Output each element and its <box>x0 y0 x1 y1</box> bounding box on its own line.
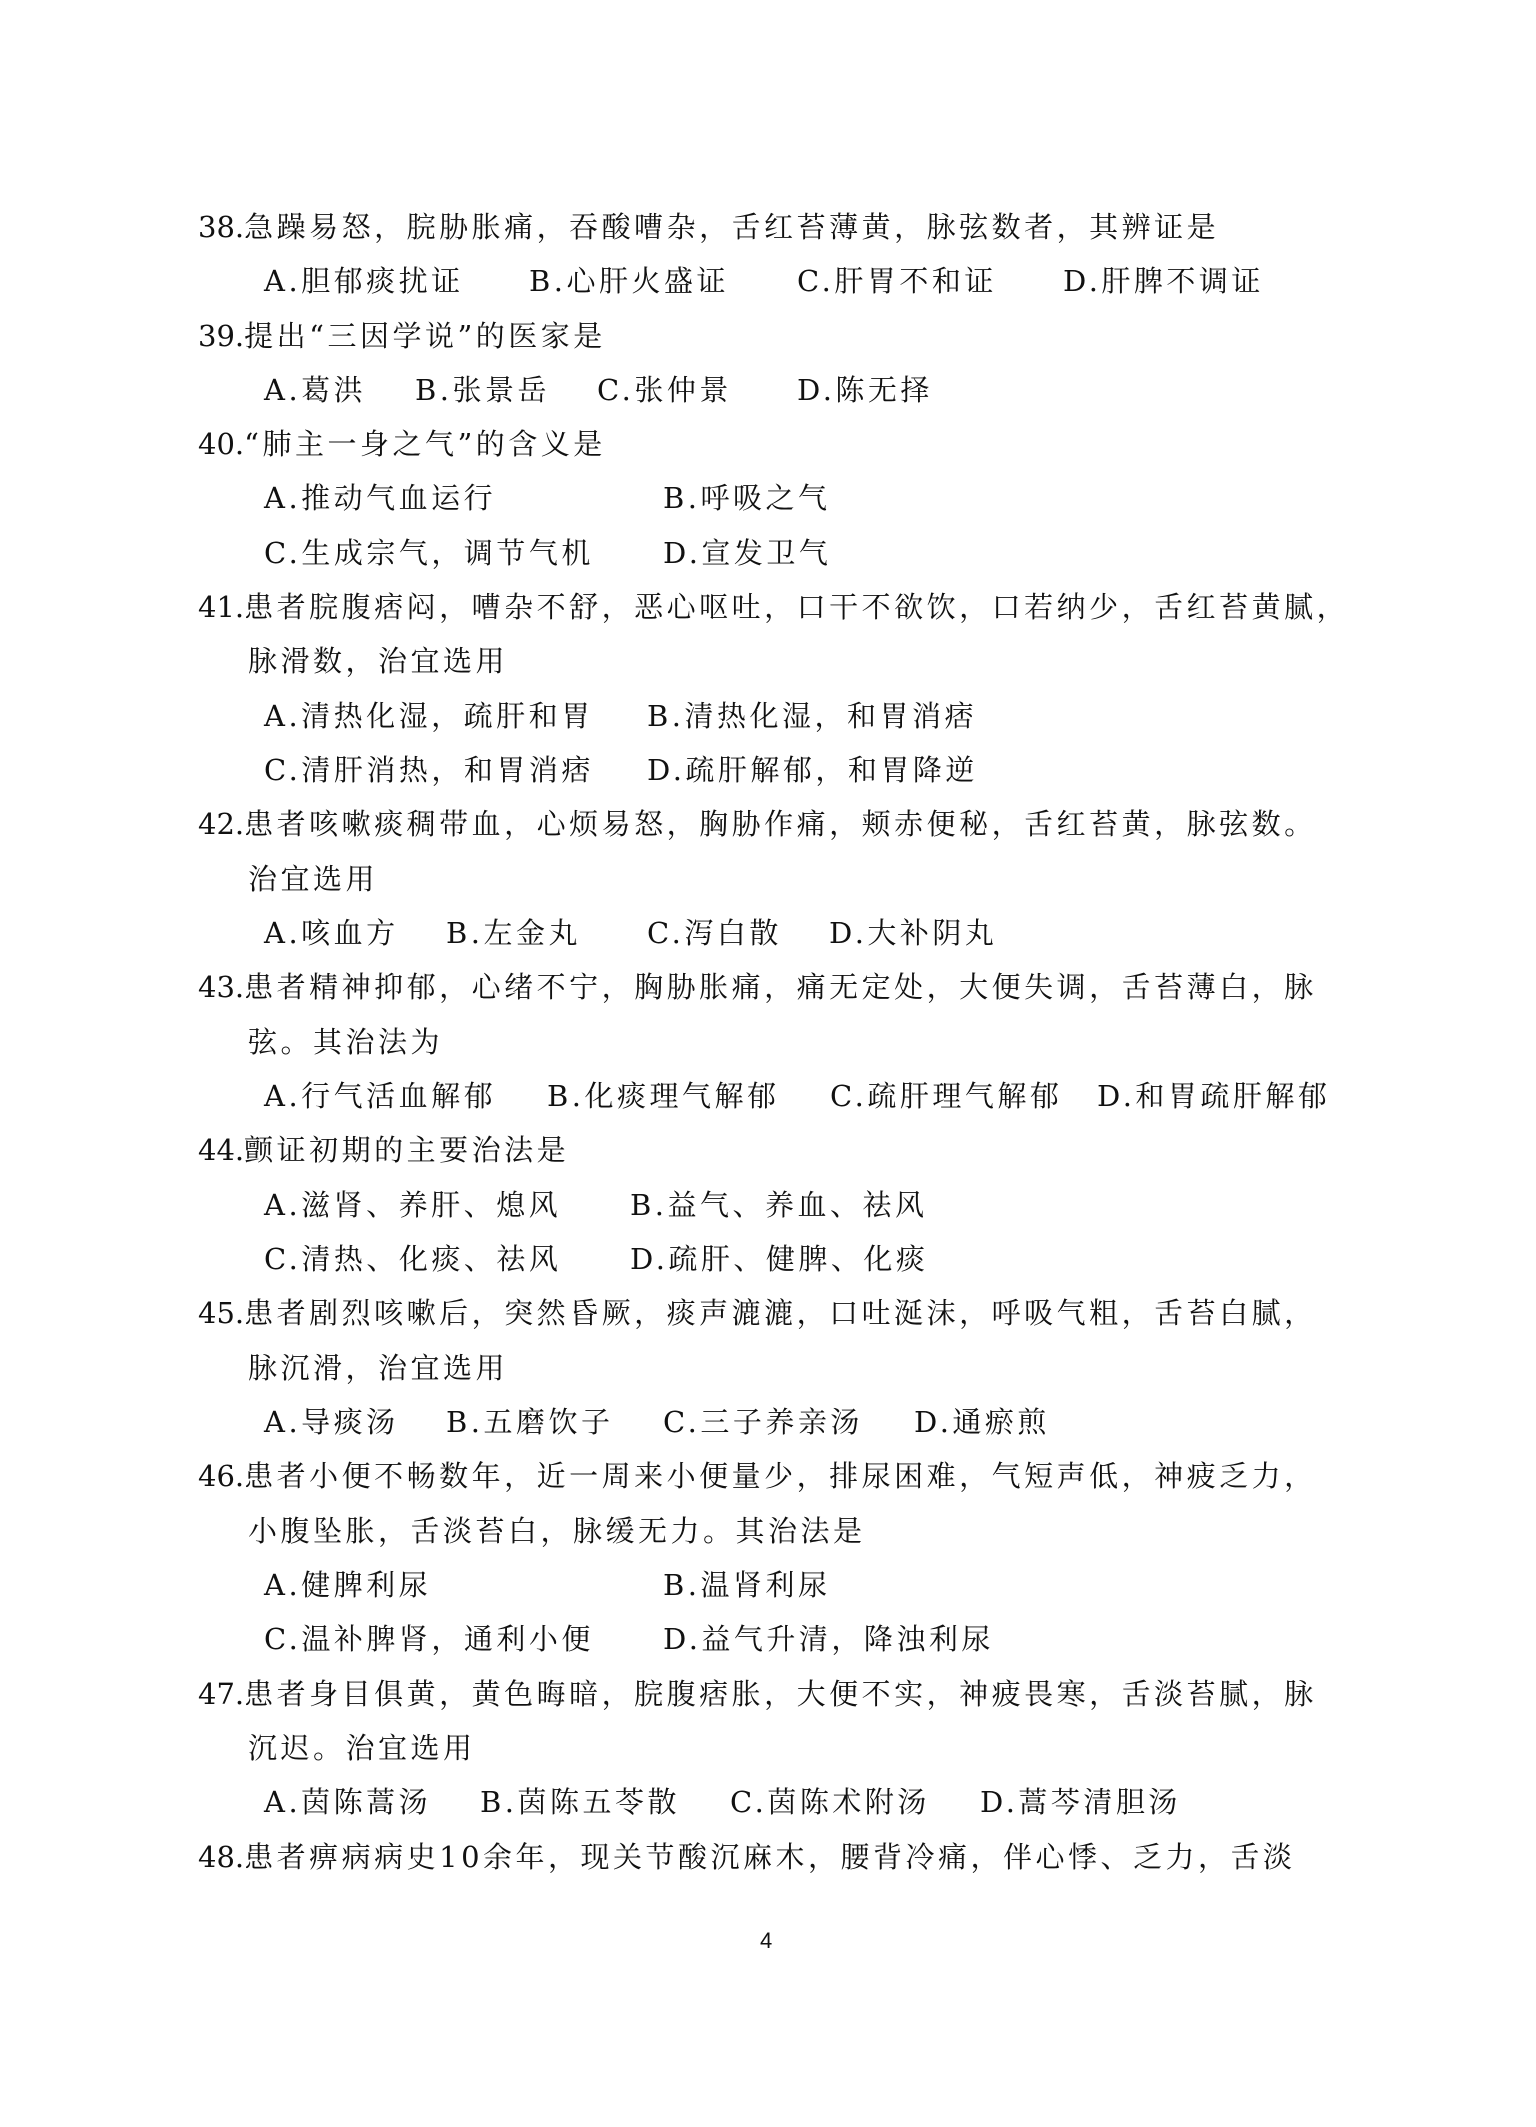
question-number: 38. <box>198 210 244 244</box>
option-b: B.心肝火盛证 <box>529 261 729 301</box>
option-c: C.肝胃不和证 <box>797 261 997 301</box>
question-stem: 提出“三因学说”的医家是 <box>244 319 606 353</box>
question-number: 40. <box>198 427 244 461</box>
question-40: 40.“肺主一身之气”的含义是 <box>198 424 606 464</box>
question-48: 48.患者痹病病史10余年，现关节酸沉麻木，腰背冷痛，伴心悸、乏力，舌淡 <box>198 1837 1296 1877</box>
option-c: C.张仲景 <box>597 370 732 410</box>
option-a: A.清热化湿，疏肝和胃 <box>264 696 594 736</box>
option-c: C.泻白散 <box>647 913 782 953</box>
option-c: C.清热、化痰、祛风 <box>264 1239 561 1279</box>
option-a: A.导痰汤 <box>264 1402 399 1442</box>
option-a: A.咳血方 <box>264 913 399 953</box>
question-stem-continuation: 治宜选用 <box>248 859 378 899</box>
option-c: C.疏肝理气解郁 <box>830 1076 1062 1116</box>
option-c: C.三子养亲汤 <box>663 1402 863 1442</box>
question-stem: 颤证初期的主要治法是 <box>244 1133 569 1167</box>
question-43: 43.患者精神抑郁，心绪不宁，胸胁胀痛，痛无定处，大便失调，舌苔薄白，脉 <box>198 967 1317 1007</box>
question-39: 39.提出“三因学说”的医家是 <box>198 316 606 356</box>
option-a: A.葛洪 <box>264 370 366 410</box>
question-number: 45. <box>198 1296 244 1330</box>
option-d: D.陈无择 <box>797 370 933 410</box>
question-stem: 患者剧烈咳嗽后，突然昏厥，痰声漉漉，口吐涎沫，呼吸气粗，舌苔白腻， <box>244 1296 1317 1330</box>
question-44: 44.颤证初期的主要治法是 <box>198 1130 569 1170</box>
option-b: B.茵陈五苓散 <box>480 1782 680 1822</box>
question-stem: 患者痹病病史10余年，现关节酸沉麻木，腰背冷痛，伴心悸、乏力，舌淡 <box>244 1840 1295 1874</box>
question-stem: 患者精神抑郁，心绪不宁，胸胁胀痛，痛无定处，大便失调，舌苔薄白，脉 <box>244 970 1317 1004</box>
question-stem: 患者脘腹痞闷，嘈杂不舒，恶心呕吐，口干不欲饮，口若纳少，舌红苔黄腻， <box>244 590 1349 624</box>
question-stem: 患者小便不畅数年，近一周来小便量少，排尿困难，气短声低，神疲乏力， <box>244 1459 1317 1493</box>
option-d: D.通瘀煎 <box>914 1402 1050 1442</box>
question-45: 45.患者剧烈咳嗽后，突然昏厥，痰声漉漉，口吐涎沫，呼吸气粗，舌苔白腻， <box>198 1293 1317 1333</box>
option-a: A.健脾利尿 <box>264 1565 431 1605</box>
option-b: B.温肾利尿 <box>663 1565 831 1605</box>
question-stem-continuation: 沉迟。治宜选用 <box>248 1728 476 1768</box>
question-stem-continuation: 脉沉滑，治宜选用 <box>248 1348 508 1388</box>
question-number: 48. <box>198 1840 244 1874</box>
option-a: A.滋肾、养肝、熄风 <box>264 1185 561 1225</box>
option-b: B.化痰理气解郁 <box>547 1076 780 1116</box>
question-number: 44. <box>198 1133 244 1167</box>
question-number: 47. <box>198 1677 244 1711</box>
question-number: 39. <box>198 319 244 353</box>
exam-page: 38.急躁易怒，脘胁胀痛，吞酸嘈杂，舌红苔薄黄，脉弦数者，其辨证是 A.胆郁痰扰… <box>0 0 1536 2127</box>
question-number: 41. <box>198 590 244 624</box>
option-c: C.清肝消热，和胃消痞 <box>264 750 594 790</box>
option-c: C.茵陈术附汤 <box>730 1782 930 1822</box>
question-41: 41.患者脘腹痞闷，嘈杂不舒，恶心呕吐，口干不欲饮，口若纳少，舌红苔黄腻， <box>198 587 1349 627</box>
question-42: 42.患者咳嗽痰稠带血，心烦易怒，胸胁作痛，颊赤便秘，舌红苔黄，脉弦数。 <box>198 804 1317 844</box>
option-a: A.茵陈蒿汤 <box>264 1782 431 1822</box>
option-d: D.和胃疏肝解郁 <box>1097 1076 1330 1116</box>
question-46: 46.患者小便不畅数年，近一周来小便量少，排尿困难，气短声低，神疲乏力， <box>198 1456 1317 1496</box>
option-b: B.张景岳 <box>415 370 550 410</box>
question-stem-continuation: 小腹坠胀，舌淡苔白，脉缓无力。其治法是 <box>248 1511 866 1551</box>
question-47: 47.患者身目俱黄，黄色晦暗，脘腹痞胀，大便不实，神疲畏寒，舌淡苔腻，脉 <box>198 1674 1317 1714</box>
question-stem: 患者咳嗽痰稠带血，心烦易怒，胸胁作痛，颊赤便秘，舌红苔黄，脉弦数。 <box>244 807 1317 841</box>
option-a: A.胆郁痰扰证 <box>264 261 464 301</box>
option-c: C.温补脾肾，通利小便 <box>264 1619 594 1659</box>
question-38: 38.急躁易怒，脘胁胀痛，吞酸嘈杂，舌红苔薄黄，脉弦数者，其辨证是 <box>198 207 1219 247</box>
page-number: 4 <box>760 1928 772 1954</box>
option-b: B.左金丸 <box>446 913 581 953</box>
option-d: D.大补阴丸 <box>829 913 997 953</box>
option-d: D.益气升清，降浊利尿 <box>663 1619 994 1659</box>
question-number: 46. <box>198 1459 244 1493</box>
option-c: C.生成宗气，调节气机 <box>264 533 594 573</box>
question-stem-continuation: 弦。其治法为 <box>248 1022 443 1062</box>
option-b: B.清热化湿，和胃消痞 <box>647 696 977 736</box>
option-d: D.疏肝解郁，和胃降逆 <box>647 750 978 790</box>
question-stem-continuation: 脉滑数，治宜选用 <box>248 641 508 681</box>
question-stem: “肺主一身之气”的含义是 <box>244 427 606 461</box>
question-number: 43. <box>198 970 244 1004</box>
option-d: D.肝脾不调证 <box>1063 261 1264 301</box>
option-b: B.益气、养血、祛风 <box>630 1185 928 1225</box>
option-a: A.行气活血解郁 <box>264 1076 496 1116</box>
question-stem: 急躁易怒，脘胁胀痛，吞酸嘈杂，舌红苔薄黄，脉弦数者，其辨证是 <box>244 210 1219 244</box>
option-b: B.五磨饮子 <box>446 1402 614 1442</box>
option-a: A.推动气血运行 <box>264 478 496 518</box>
question-number: 42. <box>198 807 244 841</box>
question-stem: 患者身目俱黄，黄色晦暗，脘腹痞胀，大便不实，神疲畏寒，舌淡苔腻，脉 <box>244 1677 1317 1711</box>
option-d: D.宣发卫气 <box>663 533 831 573</box>
option-b: B.呼吸之气 <box>663 478 831 518</box>
option-d: D.蒿芩清胆汤 <box>980 1782 1181 1822</box>
option-d: D.疏肝、健脾、化痰 <box>630 1239 928 1279</box>
